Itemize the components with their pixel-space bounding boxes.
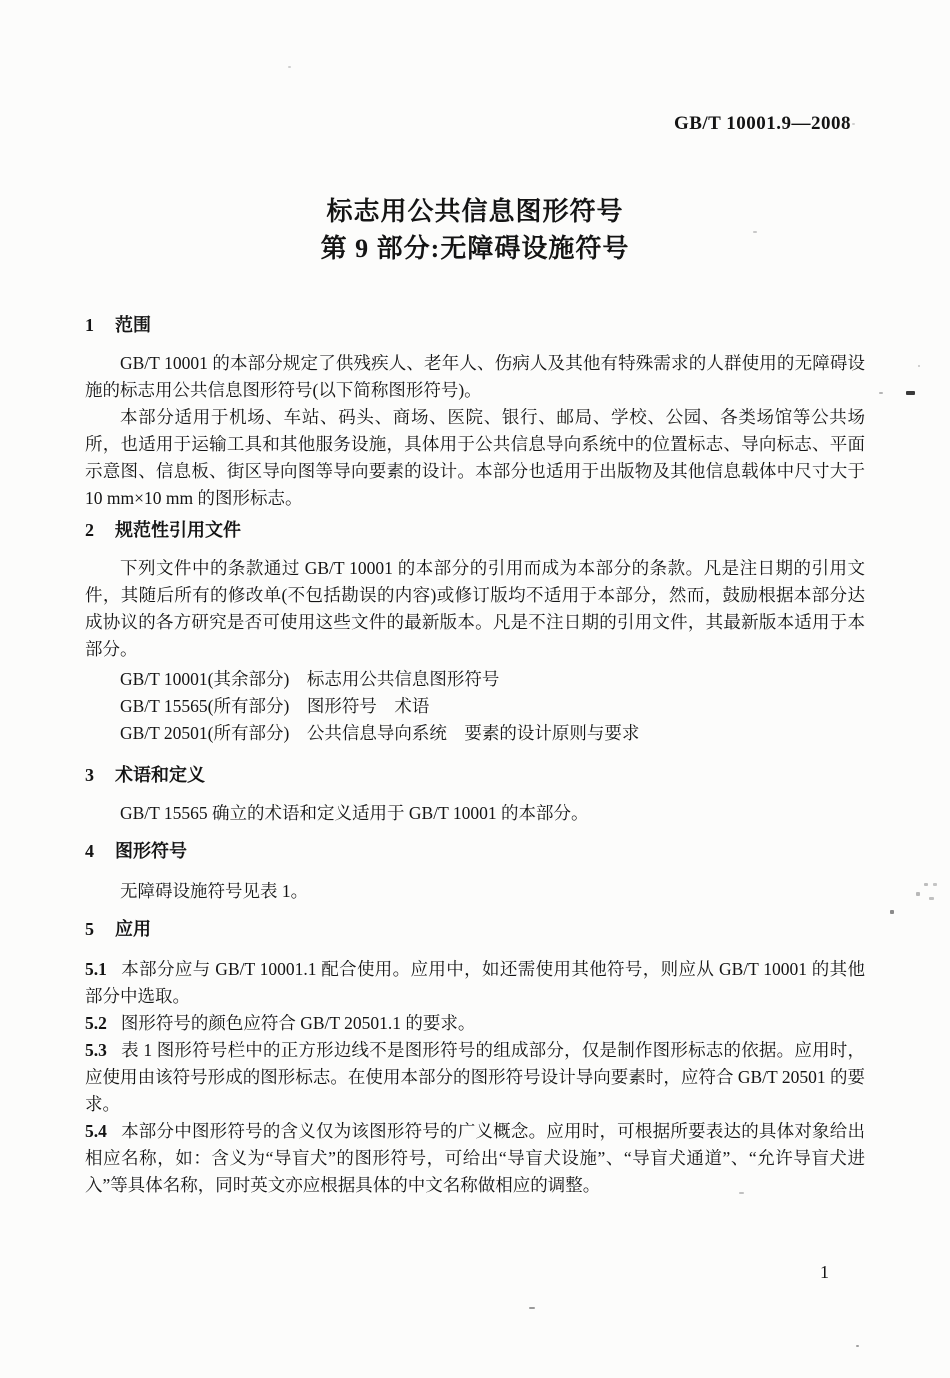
page-number: 1 [820,1261,829,1283]
section-4-body: 无障碍设施符号见表 1。 [85,878,865,905]
section-5-body: 5.1本部分应与 GB/T 10001.1 配合使用。应用中，如还需使用其他符号… [85,956,865,1199]
page-content: GB/T 10001.9—2008 标志用公共信息图形符号 第 9 部分:无障碍… [85,110,865,1199]
scan-speck [890,910,894,914]
scan-speck [739,1192,744,1194]
section-4-heading: 4图形符号 [85,838,865,865]
reference-item-3: GB/T 20501(所有部分) 公共信息导向系统 要素的设计原则与要求 [85,720,865,747]
reference-list: GB/T 10001(其余部分) 标志用公共信息图形符号 GB/T 15565(… [85,666,865,747]
reference-item-2: GB/T 15565(所有部分) 图形符号 术语 [85,693,865,720]
section-5-heading: 5应用 [85,916,865,943]
paragraph-symbols: 无障碍设施符号见表 1。 [85,878,865,905]
section-1-number: 1 [85,312,115,339]
clause-5-3-text: 表 1 图形符号栏中的正方形边线不是图形符号的组成部分，仅是制作图形标志的依据。… [85,1040,865,1114]
clause-5-4-number: 5.4 [85,1121,107,1141]
paragraph-scope-1: GB/T 10001 的本部分规定了供残疾人、老年人、伤病人及其他有特殊需求的人… [85,350,865,404]
paragraph-scope-2: 本部分适用于机场、车站、码头、商场、医院、银行、邮局、学校、公园、各类场馆等公共… [85,404,865,512]
clause-5-4: 5.4本部分中图形符号的含义仅为该图形符号的广义概念。应用时，可根据所要表达的具… [85,1118,865,1199]
section-5-number: 5 [85,916,115,943]
section-2-number: 2 [85,517,115,544]
paragraph-terms: GB/T 15565 确立的术语和定义适用于 GB/T 10001 的本部分。 [85,800,865,827]
scan-speck [924,883,928,886]
clause-5-2: 5.2图形符号的颜色应符合 GB/T 20501.1 的要求。 [85,1010,865,1037]
scan-speck [929,897,934,900]
scan-speck [856,1345,859,1347]
clause-5-1-text: 本部分应与 GB/T 10001.1 配合使用。应用中，如还需使用其他符号，则应… [85,959,865,1006]
standard-number: GB/T 10001.9—2008 [85,110,865,137]
section-4-title: 图形符号 [115,841,187,861]
section-1-title: 范围 [115,315,151,335]
clause-5-2-number: 5.2 [85,1013,107,1033]
paragraph-normative-refs: 下列文件中的条款通过 GB/T 10001 的本部分的引用而成为本部分的条款。凡… [85,555,865,663]
section-3-body: GB/T 15565 确立的术语和定义适用于 GB/T 10001 的本部分。 [85,800,865,827]
section-2-title: 规范性引用文件 [115,520,241,540]
section-1-body: GB/T 10001 的本部分规定了供残疾人、老年人、伤病人及其他有特殊需求的人… [85,350,865,512]
section-3-heading: 3术语和定义 [85,762,865,789]
scan-speck [753,231,757,233]
clause-5-3: 5.3表 1 图形符号栏中的正方形边线不是图形符号的组成部分，仅是制作图形标志的… [85,1037,865,1118]
document-title-line1: 标志用公共信息图形符号 [85,193,865,230]
section-3-number: 3 [85,762,115,789]
clause-5-1: 5.1本部分应与 GB/T 10001.1 配合使用。应用中，如还需使用其他符号… [85,956,865,1010]
scan-speck [879,392,883,394]
scan-speck [916,892,920,896]
section-5-title: 应用 [115,919,151,939]
section-2-body: 下列文件中的条款通过 GB/T 10001 的本部分的引用而成为本部分的条款。凡… [85,555,865,747]
clause-5-1-number: 5.1 [85,959,107,979]
document-title-line2: 第 9 部分:无障碍设施符号 [85,230,865,267]
clause-5-2-text: 图形符号的颜色应符合 GB/T 20501.1 的要求。 [121,1013,476,1033]
scan-speck [288,66,291,68]
document-title: 标志用公共信息图形符号 第 9 部分:无障碍设施符号 [85,193,865,267]
clause-5-3-number: 5.3 [85,1040,107,1060]
scan-speck [529,1307,535,1309]
reference-item-1: GB/T 10001(其余部分) 标志用公共信息图形符号 [85,666,865,693]
section-3-title: 术语和定义 [115,765,205,785]
document-page: GB/T 10001.9—2008 标志用公共信息图形符号 第 9 部分:无障碍… [0,0,950,1378]
scan-speck [933,883,937,886]
section-4-number: 4 [85,838,115,865]
scan-speck [918,365,920,367]
scan-speck [906,391,915,395]
section-1-heading: 1范围 [85,312,865,339]
section-2-heading: 2规范性引用文件 [85,517,865,544]
clause-5-4-text: 本部分中图形符号的含义仅为该图形符号的广义概念。应用时，可根据所要表达的具体对象… [85,1121,865,1195]
scan-speck [852,123,855,125]
